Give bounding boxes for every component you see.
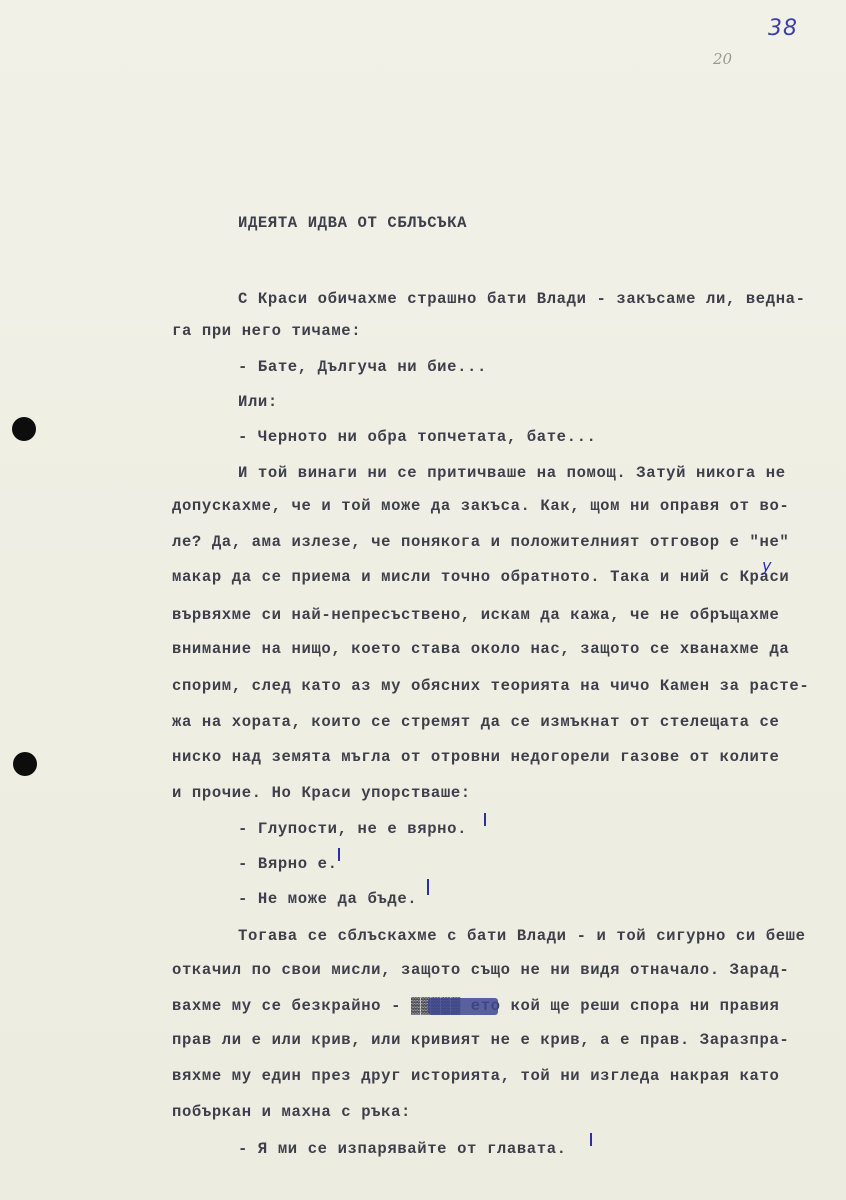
- handwritten-exclamation-mark: [338, 848, 340, 861]
- text-line: Или:: [238, 393, 278, 411]
- dialogue-line: - Бате, Дългуча ни бие...: [238, 358, 487, 376]
- text-line: Тогава се сблъскахме с бати Влади - и то…: [238, 927, 806, 945]
- text-line: и прочие. Но Краси упорстваше:: [172, 784, 471, 802]
- text-line: га при него тичаме:: [172, 322, 361, 340]
- text-line: ниско над земята мъгла от отровни недого…: [172, 748, 779, 766]
- page-number-ink: 38: [768, 16, 798, 41]
- text-line: ле? Да, ама излезе, че понякога и положи…: [172, 533, 789, 551]
- document-title: ИДЕЯТА ИДВА ОТ СБЛЪСЪКА: [238, 214, 467, 232]
- text-line: побъркан и махна с ръка:: [172, 1103, 411, 1121]
- text-line: спорим, след като аз му обясних теорията…: [172, 677, 809, 695]
- dialogue-line: - Я ми се изпарявайте от главата.: [238, 1140, 567, 1158]
- text-line: вървяхме си най-непресъствено, искам да …: [172, 606, 779, 624]
- text-line: вяхме му един през друг историята, той н…: [172, 1067, 779, 1085]
- dialogue-line: - Не може да бъде.: [238, 890, 417, 908]
- text-line: прав ли е или крив, или кривият не е кри…: [172, 1031, 789, 1049]
- text-line: внимание на нищо, което става около нас,…: [172, 640, 789, 658]
- text-line: С Краси обичахме страшно бати Влади - за…: [238, 290, 806, 308]
- dialogue-line: - Черното ни обра топчетата, бате...: [238, 428, 596, 446]
- typewritten-page: 38 20 ИДЕЯТА ИДВА ОТ СБЛЪСЪКА С Краси об…: [0, 0, 846, 1200]
- text-line: допускахме, че и той може да закъса. Как…: [172, 497, 789, 515]
- handwritten-exclamation-mark: [590, 1133, 592, 1146]
- handwritten-exclamation-mark: [484, 813, 486, 826]
- text-line: макар да се приема и мисли точно обратно…: [172, 568, 789, 586]
- text-line: откачил по свои мисли, защото също не ни…: [172, 961, 789, 979]
- text-line: И той винаги ни се притичваше на помощ. …: [238, 464, 786, 482]
- punch-hole-top: [12, 417, 36, 441]
- dialogue-line: - Вярно е.: [238, 855, 338, 873]
- punch-hole-bottom: [13, 752, 37, 776]
- handwritten-correction: у: [762, 556, 771, 575]
- handwritten-exclamation-mark: [427, 879, 429, 895]
- ink-blot-strikeout: [428, 998, 498, 1015]
- dialogue-line: - Глупости, не е вярно.: [238, 820, 467, 838]
- page-number-pencil: 20: [713, 50, 732, 68]
- text-line: жа на хората, които се стремят да се изм…: [172, 713, 779, 731]
